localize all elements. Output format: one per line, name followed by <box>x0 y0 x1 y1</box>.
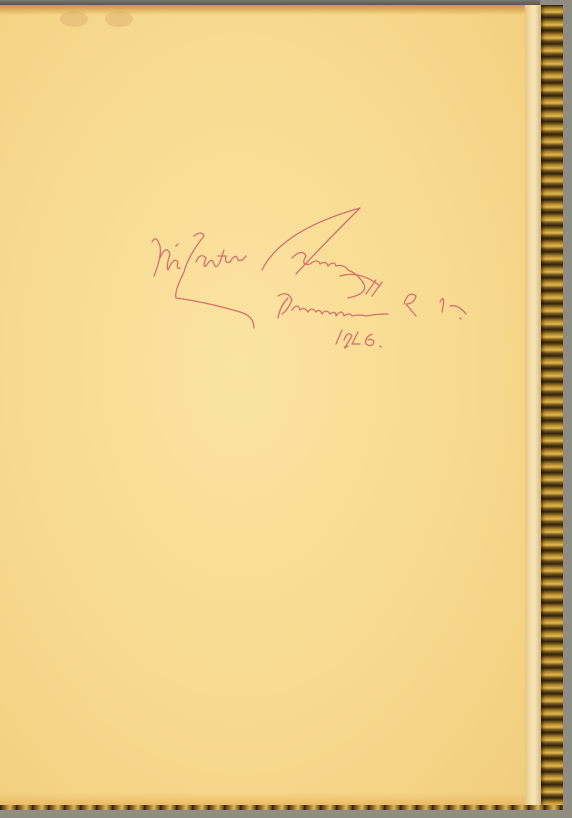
inscription-year: 1846. <box>340 344 343 346</box>
handwritten-inscription: Wm Carter Brown Providence R.I. 1846. <box>0 0 572 818</box>
